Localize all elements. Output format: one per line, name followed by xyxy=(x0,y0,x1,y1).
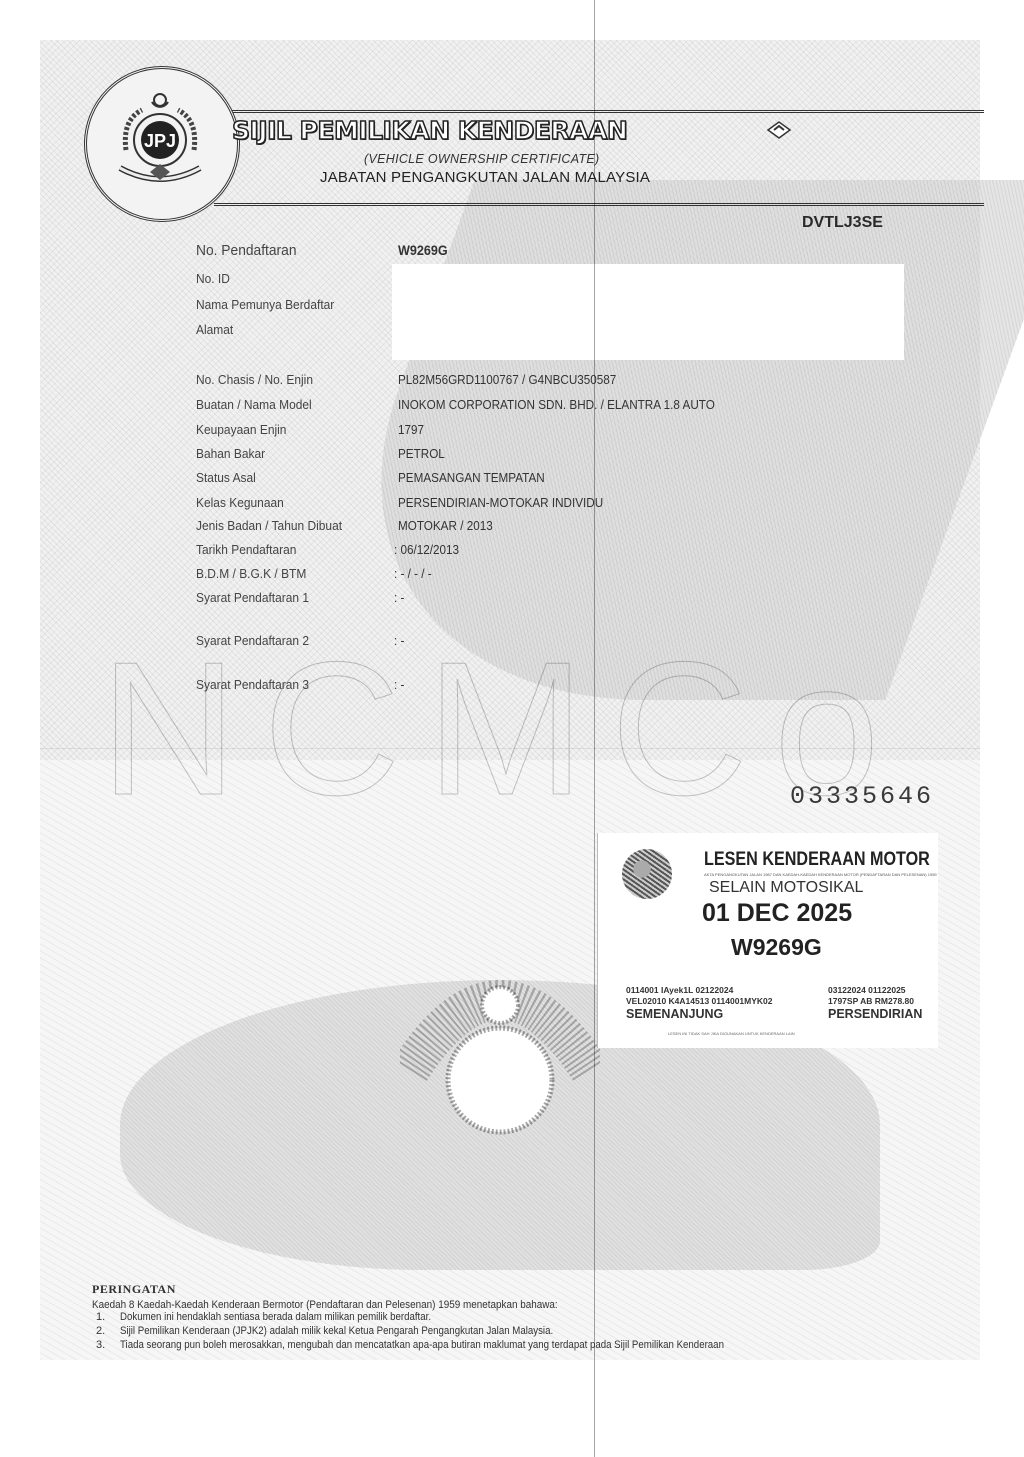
warning-item-text: Sijil Pemilikan Kenderaan (JPJK2) adalah… xyxy=(120,1325,553,1337)
field-body-year: Jenis Badan / Tahun Dibuat MOTOKAR / 201… xyxy=(196,518,916,538)
certificate-header: JPJ SIJIL PEMILIKAN KENDERAAN (VEHICLE O… xyxy=(84,66,984,220)
field-value: 1797 xyxy=(398,422,424,437)
malaysia-flag-icon xyxy=(766,120,792,140)
field-make-model: Buatan / Nama Model INOKOM CORPORATION S… xyxy=(196,397,916,417)
field-value: PEMASANGAN TEMPATAN xyxy=(398,470,545,485)
field-condition-1: Syarat Pendaftaran 1 : - xyxy=(196,590,916,610)
license-plate-number: W9269G xyxy=(731,934,822,961)
warning-item-number: 3. xyxy=(96,1339,105,1351)
field-label: Tarikh Pendaftaran xyxy=(196,542,296,557)
warning-item-text: Tiada seorang pun boleh merosakkan, meng… xyxy=(120,1339,724,1351)
warning-item: 3. Tiada seorang pun boleh merosakkan, m… xyxy=(92,1339,912,1353)
license-title: LESEN KENDERAAN MOTOR xyxy=(704,849,930,871)
serial-code: DVTLJ3SE xyxy=(802,214,883,232)
field-usage-class: Kelas Kegunaan PERSENDIRIAN-MOTOKAR INDI… xyxy=(196,495,916,515)
field-value: PERSENDIRIAN-MOTOKAR INDIVIDU xyxy=(398,495,603,510)
field-value: : - / - / - xyxy=(394,566,432,581)
field-label: Jenis Badan / Tahun Dibuat xyxy=(196,518,342,533)
redacted-owner-block xyxy=(392,264,904,360)
license-fine-print: AKTA PENGANGKUTAN JALAN 1987 DAN KAEDAH-… xyxy=(704,872,937,877)
license-meta-line: 0114001 IAyek1L 02122024 xyxy=(626,985,773,996)
field-value: PETROL xyxy=(398,446,445,461)
license-vehicle-class: SELAIN MOTOSIKAL xyxy=(709,879,863,897)
license-region: SEMENANJUNG xyxy=(626,1007,773,1022)
field-label: No. Chasis / No. Enjin xyxy=(196,372,313,387)
field-weights: B.D.M / B.G.K / BTM : - / - / - xyxy=(196,566,916,586)
license-meta-line: VEL02010 K4A14513 0114001MYK02 xyxy=(626,996,773,1007)
warning-intro: Kaedah 8 Kaedah-Kaedah Kenderaan Bermoto… xyxy=(92,1299,830,1311)
field-value: W9269G xyxy=(398,242,448,258)
field-value: PL82M56GRD1100767 / G4NBCU350587 xyxy=(398,372,616,387)
field-label: B.D.M / B.G.K / BTM xyxy=(196,566,306,581)
license-footer-note: LESEN INI TIDAK SAH JIKA DIGUNAKAN UNTUK… xyxy=(668,1031,795,1036)
warning-section: PERINGATAN Kaedah 8 Kaedah-Kaedah Kender… xyxy=(92,1282,912,1353)
road-tax-license: LESEN KENDERAAN MOTOR AKTA PENGANGKUTAN … xyxy=(597,833,938,1048)
field-value: : - xyxy=(394,590,404,605)
field-fuel: Bahan Bakar PETROL xyxy=(196,446,916,466)
scan-fold-line-horizontal xyxy=(40,748,980,749)
warning-item-text: Dokumen ini hendaklah sentiasa berada da… xyxy=(120,1311,431,1323)
jpj-crest-icon: JPJ xyxy=(112,90,208,190)
field-label: Buatan / Nama Model xyxy=(196,397,312,412)
field-label: Bahan Bakar xyxy=(196,446,265,461)
field-value: MOTOKAR / 2013 xyxy=(398,518,493,533)
field-label: Nama Pemunya Berdaftar xyxy=(196,297,334,312)
field-label: No. Pendaftaran xyxy=(196,242,297,259)
warning-item-number: 2. xyxy=(96,1325,105,1337)
field-label: Syarat Pendaftaran 1 xyxy=(196,590,309,605)
field-registration-number: No. Pendaftaran W9269G xyxy=(196,242,916,262)
department-name: JABATAN PENGANGKUTAN JALAN MALAYSIA xyxy=(320,169,650,186)
certificate-subtitle: (VEHICLE OWNERSHIP CERTIFICATE) xyxy=(364,152,599,166)
field-registration-date: Tarikh Pendaftaran : 06/12/2013 xyxy=(196,542,916,562)
warning-item: 1. Dokumen ini hendaklah sentiasa berada… xyxy=(92,1311,912,1325)
svg-text:JPJ: JPJ xyxy=(144,131,176,151)
field-engine-capacity: Keupayaan Enjin 1797 xyxy=(196,422,916,442)
field-value: INOKOM CORPORATION SDN. BHD. / ELANTRA 1… xyxy=(398,397,715,412)
license-meta-line: 03122024 01122025 xyxy=(828,985,922,996)
field-label: Alamat xyxy=(196,322,233,337)
crescent-star-emblem-icon xyxy=(400,950,600,1150)
warning-list: 1. Dokumen ini hendaklah sentiasa berada… xyxy=(92,1311,912,1353)
document-number: 03335646 xyxy=(790,782,934,811)
hologram-seal-icon xyxy=(622,849,672,899)
license-meta-line: 1797SP AB RM278.80 xyxy=(828,996,922,1007)
field-origin-status: Status Asal PEMASANGAN TEMPATAN xyxy=(196,470,916,490)
field-value: : 06/12/2013 xyxy=(394,542,459,557)
field-label: Kelas Kegunaan xyxy=(196,495,284,510)
license-meta-right: 03122024 01122025 1797SP AB RM278.80 PER… xyxy=(828,985,922,1022)
certificate-title: SIJIL PEMILIKAN KENDERAAN xyxy=(232,116,772,145)
field-chassis-engine: No. Chasis / No. Enjin PL82M56GRD1100767… xyxy=(196,372,916,392)
warning-item-number: 1. xyxy=(96,1311,105,1323)
warning-title: PERINGATAN xyxy=(92,1282,912,1297)
field-label: Status Asal xyxy=(196,470,256,485)
watermark-text: NCMCo xyxy=(100,620,906,838)
warning-item: 2. Sijil Pemilikan Kenderaan (JPJK2) ada… xyxy=(92,1325,912,1339)
license-expiry-date: 01 DEC 2025 xyxy=(702,899,852,928)
field-label: No. ID xyxy=(196,271,230,286)
license-meta-left: 0114001 IAyek1L 02122024 VEL02010 K4A145… xyxy=(626,985,773,1022)
scan-fold-line xyxy=(594,0,595,1457)
license-usage: PERSENDIRIAN xyxy=(828,1007,922,1022)
field-label: Keupayaan Enjin xyxy=(196,422,286,437)
